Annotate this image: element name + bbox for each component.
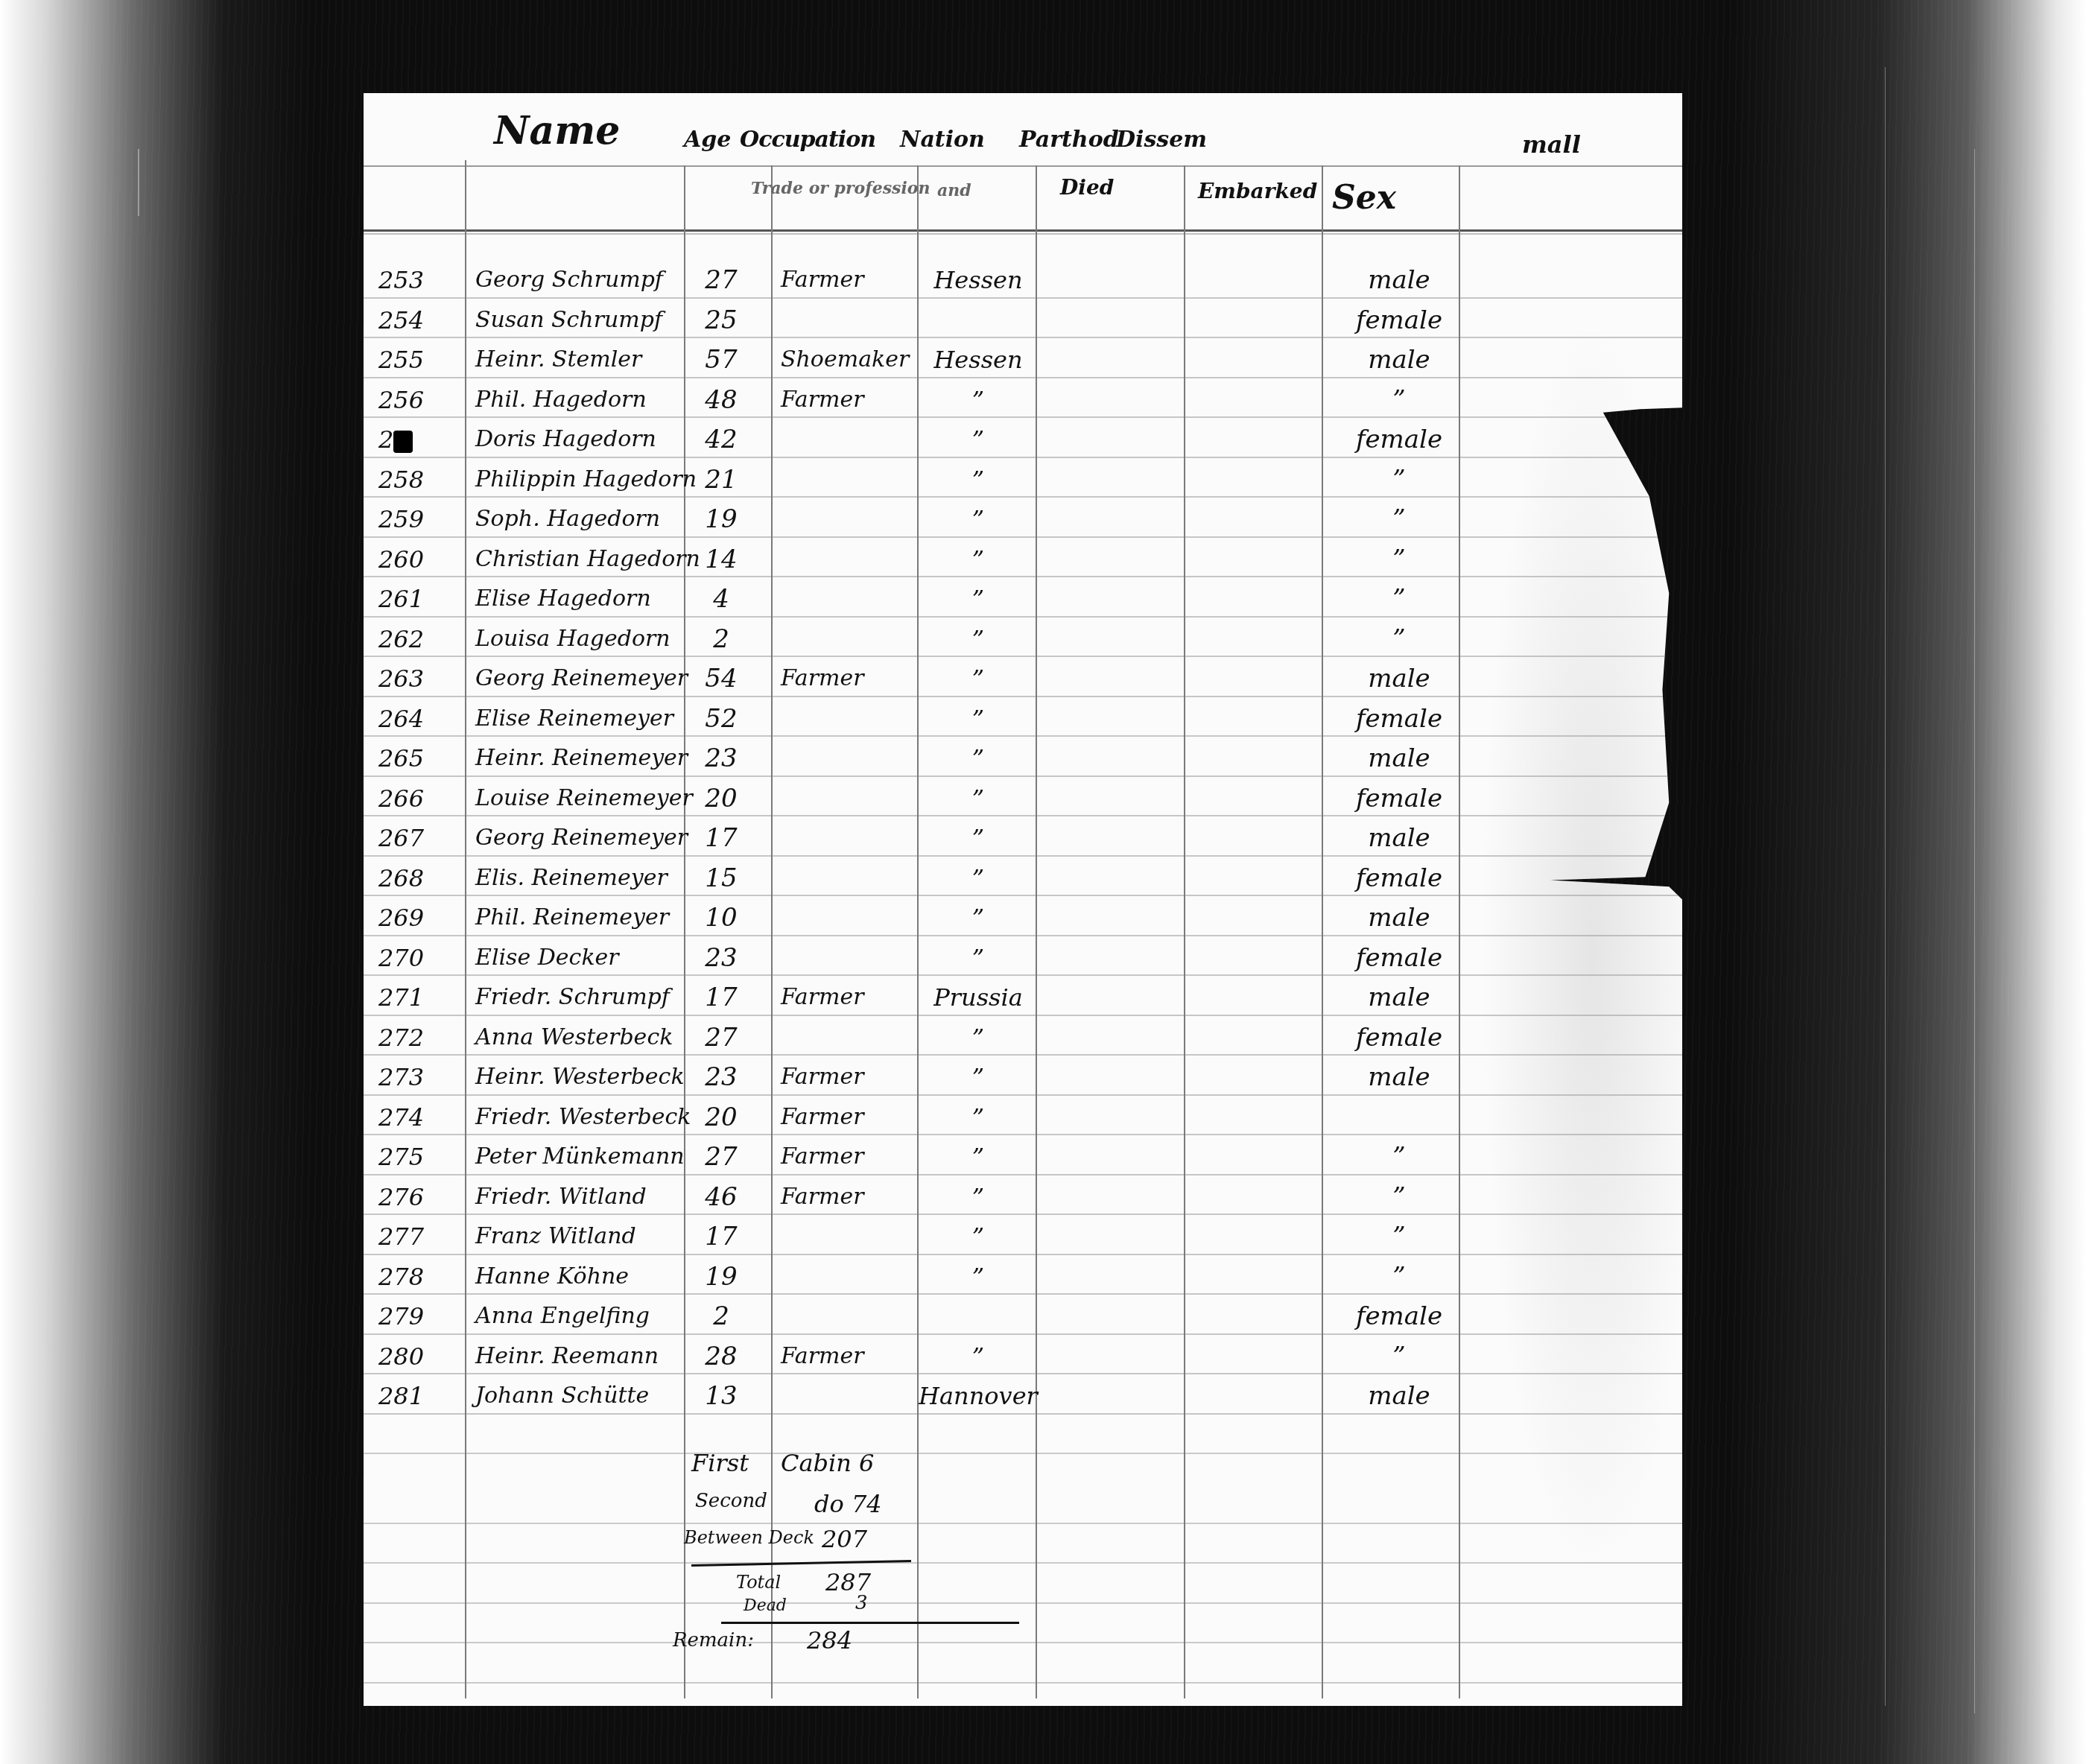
passenger-row: 264Elise Reinemeyer52”female <box>364 699 1682 739</box>
passenger-age: 42 <box>695 419 747 460</box>
passenger-occupation: Farmer <box>781 977 922 1018</box>
passenger-number: 276 <box>378 1177 460 1217</box>
passenger-name: Heinr. Reinemeyer <box>475 738 691 778</box>
passenger-number: 261 <box>378 579 460 619</box>
passenger-row: 260Christian Hagedorn14”” <box>364 539 1682 580</box>
passenger-age: 19 <box>695 499 747 539</box>
passenger-age: 17 <box>695 977 747 1018</box>
passenger-age: 23 <box>695 738 747 778</box>
passenger-nation: ” <box>919 778 1038 819</box>
passenger-name: Friedr. Westerbeck <box>475 1097 691 1138</box>
passenger-sex: male <box>1332 818 1466 858</box>
passenger-sex: ” <box>1332 539 1466 580</box>
passenger-name: Franz Witland <box>475 1216 691 1257</box>
passenger-occupation: Farmer <box>781 1137 922 1177</box>
passenger-nation: ” <box>919 539 1038 580</box>
passenger-number: 270 <box>378 938 460 978</box>
passenger-number: 258 <box>378 460 460 500</box>
passenger-name: Heinr. Westerbeck <box>475 1057 691 1097</box>
passenger-number: 267 <box>378 818 460 858</box>
passenger-sex: male <box>1332 898 1466 938</box>
passenger-name: Doris Hagedorn <box>475 419 691 460</box>
passenger-sex: ” <box>1332 579 1466 619</box>
passenger-age: 28 <box>695 1336 747 1377</box>
passenger-row: 275Peter Münkemann27Farmer”” <box>364 1137 1682 1177</box>
passenger-age: 14 <box>695 539 747 580</box>
passenger-number: 279 <box>378 1296 460 1336</box>
passenger-number: 255 <box>378 340 460 380</box>
passenger-age: 19 <box>695 1257 747 1297</box>
passenger-age: 52 <box>695 699 747 739</box>
summary-first-label: First <box>691 1449 749 1477</box>
header-rule <box>364 165 1682 167</box>
passenger-sex: male <box>1332 1376 1466 1416</box>
passenger-number: 281 <box>378 1376 460 1416</box>
passenger-row: 269Phil. Reinemeyer10”male <box>364 898 1682 938</box>
header-died: Died <box>1060 175 1114 200</box>
passenger-sex: male <box>1332 659 1466 699</box>
passenger-sex: ” <box>1332 1216 1466 1257</box>
passenger-name: Anna Engelfing <box>475 1296 691 1336</box>
passenger-age: 57 <box>695 340 747 380</box>
passenger-row: 256Phil. Hagedorn48Farmer”” <box>364 380 1682 420</box>
header-embarked: Embarked <box>1198 179 1317 203</box>
passenger-age: 27 <box>695 260 747 300</box>
header-nation: Nation <box>900 127 985 153</box>
passenger-row: 267Georg Reinemeyer17”male <box>364 818 1682 858</box>
header-double-rule <box>364 229 1682 232</box>
passenger-sex: female <box>1332 1296 1466 1336</box>
header-sex: Sex <box>1332 179 1396 217</box>
passenger-number: 266 <box>378 778 460 819</box>
passenger-nation: ” <box>919 659 1038 699</box>
passenger-name: Phil. Hagedorn <box>475 380 691 420</box>
passenger-name: Heinr. Stemler <box>475 340 691 380</box>
passenger-nation: ” <box>919 1057 1038 1097</box>
passenger-sex: ” <box>1332 1257 1466 1297</box>
passenger-row: 265Heinr. Reinemeyer23”male <box>364 738 1682 778</box>
passenger-name: Hanne Köhne <box>475 1257 691 1297</box>
passenger-name: Peter Münkemann <box>475 1137 691 1177</box>
passenger-nation: ” <box>919 1018 1038 1058</box>
passenger-number: 260 <box>378 539 460 580</box>
passenger-sex: male <box>1332 340 1466 380</box>
passenger-sex: ” <box>1332 619 1466 659</box>
summary-rule-2 <box>721 1622 1019 1624</box>
passenger-number: 269 <box>378 898 460 938</box>
passenger-row: 278Hanne Köhne19”” <box>364 1257 1682 1297</box>
summary-second-value: do 74 <box>814 1490 882 1518</box>
passenger-nation: Hessen <box>919 340 1038 380</box>
passenger-age: 10 <box>695 898 747 938</box>
passenger-nation: ” <box>919 1137 1038 1177</box>
passenger-occupation: Farmer <box>781 1057 922 1097</box>
passenger-sex: ” <box>1332 460 1466 500</box>
passenger-number: 253 <box>378 260 460 300</box>
passenger-age: 2 <box>695 619 747 659</box>
film-scratch <box>1974 149 1975 1713</box>
passenger-number: 254 <box>378 300 460 340</box>
passenger-nation: ” <box>919 460 1038 500</box>
summary-total-label: Total <box>736 1572 781 1593</box>
passenger-row: 270Elise Decker23”female <box>364 938 1682 978</box>
passenger-age: 17 <box>695 818 747 858</box>
header-age: Age <box>684 127 731 153</box>
passenger-nation: Prussia <box>919 977 1038 1018</box>
passenger-row: 254Susan Schrumpf25female <box>364 300 1682 340</box>
passenger-number: 268 <box>378 858 460 898</box>
passenger-nation: ” <box>919 858 1038 898</box>
passenger-row: 263Georg Reinemeyer54Farmer”male <box>364 659 1682 699</box>
passenger-number: 265 <box>378 738 460 778</box>
passenger-row: 253Georg Schrumpf27FarmerHessenmale <box>364 260 1682 300</box>
passenger-nation: ” <box>919 1177 1038 1217</box>
passenger-age: 4 <box>695 579 747 619</box>
passenger-nation: ” <box>919 938 1038 978</box>
passenger-age: 17 <box>695 1216 747 1257</box>
passenger-number: 275 <box>378 1137 460 1177</box>
passenger-row: 274Friedr. Westerbeck20Farmer” <box>364 1097 1682 1138</box>
passenger-occupation: Shoemaker <box>781 340 922 380</box>
passenger-name: Phil. Reinemeyer <box>475 898 691 938</box>
header-occupation: Occupation <box>740 127 875 153</box>
passenger-nation: ” <box>919 1257 1038 1297</box>
passenger-nation: Hannover <box>919 1376 1038 1416</box>
passenger-name: Anna Westerbeck <box>475 1018 691 1058</box>
passenger-number: 273 <box>378 1057 460 1097</box>
passenger-row: 281Johann Schütte13Hannovermale <box>364 1376 1682 1416</box>
passenger-row: 268Elis. Reinemeyer15”female <box>364 858 1682 898</box>
passenger-name: Philippin Hagedorn <box>475 460 691 500</box>
passenger-row: 272Anna Westerbeck27”female <box>364 1018 1682 1058</box>
passenger-nation: ” <box>919 1336 1038 1377</box>
passenger-sex: male <box>1332 977 1466 1018</box>
header-embarked-top: Dissem <box>1116 127 1207 153</box>
passenger-name: Johann Schütte <box>475 1376 691 1416</box>
header-nation-sub: and <box>937 181 971 200</box>
passenger-sex: male <box>1332 738 1466 778</box>
passenger-name: Heinr. Reemann <box>475 1336 691 1377</box>
passenger-name: Christian Hagedorn <box>475 539 691 580</box>
passenger-sex: female <box>1332 778 1466 819</box>
passenger-occupation: Farmer <box>781 1097 922 1138</box>
passenger-sex: female <box>1332 938 1466 978</box>
passenger-name: Louisa Hagedorn <box>475 619 691 659</box>
film-scratch <box>1885 67 1886 1706</box>
passenger-nation: ” <box>919 380 1038 420</box>
summary-between-label: Between Deck <box>684 1527 814 1548</box>
passenger-nation: ” <box>919 699 1038 739</box>
passenger-row: 280Heinr. Reemann28Farmer”” <box>364 1336 1682 1377</box>
passenger-sex: ” <box>1332 1336 1466 1377</box>
passenger-name: Georg Reinemeyer <box>475 659 691 699</box>
passenger-name: Elis. Reinemeyer <box>475 858 691 898</box>
passenger-nation: ” <box>919 1216 1038 1257</box>
passenger-row: 279Anna Engelfing2female <box>364 1296 1682 1336</box>
summary-first-value: Cabin 6 <box>781 1449 874 1477</box>
passenger-sex: ” <box>1332 380 1466 420</box>
passenger-row: 271Friedr. Schrumpf17FarmerPrussiamale <box>364 977 1682 1018</box>
passenger-nation: ” <box>919 619 1038 659</box>
passenger-name: Elise Hagedorn <box>475 579 691 619</box>
passenger-age: 46 <box>695 1177 747 1217</box>
passenger-age: 48 <box>695 380 747 420</box>
passenger-age: 25 <box>695 300 747 340</box>
passenger-age: 13 <box>695 1376 747 1416</box>
summary-dead-value: 3 <box>855 1592 868 1614</box>
passenger-nation: ” <box>919 579 1038 619</box>
header-occupation-sub: Trade or profession <box>751 179 931 198</box>
passenger-age: 27 <box>695 1137 747 1177</box>
passenger-sex: male <box>1332 260 1466 300</box>
passenger-name: Susan Schrumpf <box>475 300 691 340</box>
passenger-nation: ” <box>919 499 1038 539</box>
passenger-name: Friedr. Schrumpf <box>475 977 691 1018</box>
passenger-age: 15 <box>695 858 747 898</box>
passenger-row: 258Philippin Hagedorn21”” <box>364 460 1682 500</box>
passenger-number: 256 <box>378 380 460 420</box>
passenger-number: 2 <box>378 419 460 460</box>
passenger-nation: ” <box>919 818 1038 858</box>
summary-remain-value: 284 <box>807 1626 852 1654</box>
summary-between-value: 207 <box>822 1525 867 1553</box>
passenger-number: 272 <box>378 1018 460 1058</box>
passenger-age: 23 <box>695 938 747 978</box>
summary-second-label: Second <box>695 1490 767 1512</box>
passenger-name: Soph. Hagedorn <box>475 499 691 539</box>
passenger-age: 54 <box>695 659 747 699</box>
passenger-name: Louise Reinemeyer <box>475 778 691 819</box>
passenger-sex: ” <box>1332 1137 1466 1177</box>
passenger-row: 276Friedr. Witland46Farmer”” <box>364 1177 1682 1217</box>
passenger-row: 262Louisa Hagedorn2”” <box>364 619 1682 659</box>
passenger-age: 23 <box>695 1057 747 1097</box>
passenger-row: 2Doris Hagedorn42”female <box>364 419 1682 460</box>
passenger-row: 261Elise Hagedorn4”” <box>364 579 1682 619</box>
passenger-age: 21 <box>695 460 747 500</box>
header-name: Name <box>494 108 620 153</box>
passenger-age: 20 <box>695 778 747 819</box>
passenger-occupation: Farmer <box>781 1336 922 1377</box>
manifest-page: Name Age Occupation Trade or profession … <box>364 93 1682 1706</box>
passenger-occupation: Farmer <box>781 380 922 420</box>
passenger-age: 27 <box>695 1018 747 1058</box>
passenger-number: 274 <box>378 1097 460 1138</box>
passenger-name: Georg Reinemeyer <box>475 818 691 858</box>
passenger-number: 278 <box>378 1257 460 1297</box>
passenger-number: 277 <box>378 1216 460 1257</box>
passenger-occupation: Farmer <box>781 659 922 699</box>
passenger-age: 20 <box>695 1097 747 1138</box>
passenger-sex: female <box>1332 858 1466 898</box>
header-double-rule-2 <box>364 233 1682 235</box>
passenger-nation: ” <box>919 898 1038 938</box>
passenger-sex: female <box>1332 300 1466 340</box>
passenger-age: 2 <box>695 1296 747 1336</box>
passenger-nation: Hessen <box>919 260 1038 300</box>
passenger-row: 277Franz Witland17”” <box>364 1216 1682 1257</box>
header-died-top: Parthod <box>1019 127 1119 153</box>
passenger-number: 259 <box>378 499 460 539</box>
passenger-sex: female <box>1332 1018 1466 1058</box>
passenger-name: Elise Decker <box>475 938 691 978</box>
passenger-sex: ” <box>1332 1177 1466 1217</box>
header-right-fragment: mall <box>1522 130 1581 159</box>
passenger-nation: ” <box>919 1097 1038 1138</box>
film-scratch <box>138 149 139 216</box>
passenger-name: Georg Schrumpf <box>475 260 691 300</box>
passenger-nation: ” <box>919 419 1038 460</box>
passenger-sex: male <box>1332 1057 1466 1097</box>
passenger-number: 262 <box>378 619 460 659</box>
passenger-sex: female <box>1332 699 1466 739</box>
passenger-number: 271 <box>378 977 460 1018</box>
passenger-row: 255Heinr. Stemler57ShoemakerHessenmale <box>364 340 1682 380</box>
passenger-number: 263 <box>378 659 460 699</box>
passenger-sex: ” <box>1332 499 1466 539</box>
summary-dead-label: Dead <box>744 1596 787 1615</box>
passenger-sex: female <box>1332 419 1466 460</box>
passenger-occupation: Farmer <box>781 260 922 300</box>
ink-blot <box>393 431 413 453</box>
passenger-occupation: Farmer <box>781 1177 922 1217</box>
summary-remain-label: Remain: <box>673 1629 754 1652</box>
passenger-nation: ” <box>919 738 1038 778</box>
passenger-name: Elise Reinemeyer <box>475 699 691 739</box>
passenger-row: 266Louise Reinemeyer20”female <box>364 778 1682 819</box>
passenger-row: 273Heinr. Westerbeck23Farmer”male <box>364 1057 1682 1097</box>
passenger-number: 280 <box>378 1336 460 1377</box>
passenger-name: Friedr. Witland <box>475 1177 691 1217</box>
passenger-number: 264 <box>378 699 460 739</box>
passenger-row: 259Soph. Hagedorn19”” <box>364 499 1682 539</box>
